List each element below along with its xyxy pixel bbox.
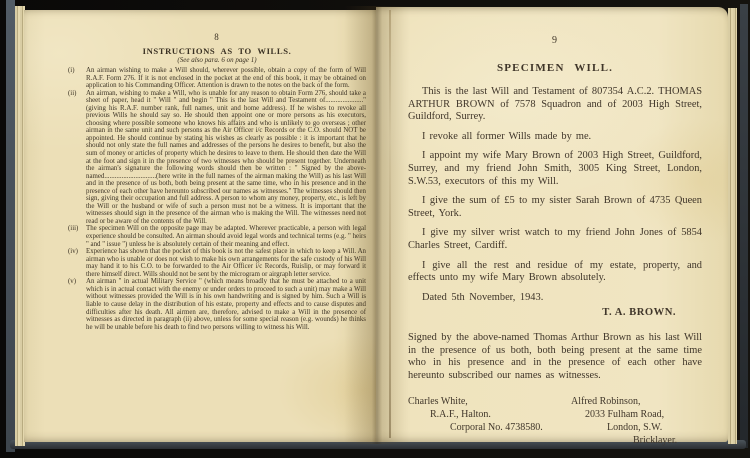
page-edges-right <box>728 8 737 444</box>
book-cover-right-edge <box>740 4 748 448</box>
will-paragraph-residue: I give all the rest and residue of my es… <box>408 260 702 285</box>
will-paragraph-testament: This is the last Will and Testament of 8… <box>408 86 702 124</box>
witness-address: London, S.W. <box>555 421 702 434</box>
item-number: (i) <box>68 67 75 75</box>
item-number: (iii) <box>68 225 78 233</box>
instruction-item-v: (v) An airman " in actual Military Servi… <box>68 278 366 331</box>
left-page: 8 INSTRUCTIONS AS TO WILLS. (See also pa… <box>24 10 376 442</box>
book-photo: 8 INSTRUCTIONS AS TO WILLS. (See also pa… <box>0 0 750 458</box>
item-number: (iv) <box>68 248 78 256</box>
left-page-subtitle: (See also para. 6 on page 1) <box>68 56 366 64</box>
right-page: 9 SPECIMEN WILL. This is the last Will a… <box>376 7 728 442</box>
right-page-title: SPECIMEN WILL. <box>408 62 702 74</box>
item-text: An airman, wishing to make a Will, who i… <box>86 90 366 225</box>
left-page-number: 8 <box>68 32 366 42</box>
item-text: The specimen Will on the opposite page m… <box>86 225 366 247</box>
witness-address: 2033 Fulham Road, <box>555 408 702 421</box>
item-text: An airman " in actual Military Service "… <box>86 278 366 330</box>
witness-name: Alfred Robinson, <box>555 395 702 408</box>
will-paragraph-sum: I give the sum of £5 to my sister Sarah … <box>408 195 702 220</box>
item-text: An airman wishing to make a Will should,… <box>86 67 366 89</box>
witness-occupation: Corporal No. 4738580. <box>408 421 555 434</box>
book-cover-left-edge <box>6 0 15 452</box>
item-number: (ii) <box>68 90 76 98</box>
witness-right-column: Alfred Robinson, 2033 Fulham Road, Londo… <box>555 395 702 447</box>
item-number: (v) <box>68 278 76 286</box>
left-page-title: INSTRUCTIONS AS TO WILLS. <box>68 46 366 56</box>
will-paragraph-watch: I give my silver wrist watch to my frien… <box>408 227 702 252</box>
witness-block: Charles White, R.A.F., Halton. Corporal … <box>408 395 702 447</box>
item-text: Experience has shown that the pocket of … <box>86 248 366 278</box>
witness-occupation: Bricklayer. <box>555 434 702 447</box>
instruction-item-iv: (iv) Experience has shown that the pocke… <box>68 248 366 278</box>
witness-left-column: Charles White, R.A.F., Halton. Corporal … <box>408 395 555 447</box>
witness-address: R.A.F., Halton. <box>408 408 555 421</box>
right-page-number: 9 <box>408 35 702 46</box>
instruction-item-i: (i) An airman wishing to make a Will sho… <box>68 67 366 90</box>
will-signature: T. A. BROWN. <box>408 307 702 318</box>
witness-name: Charles White, <box>408 395 555 408</box>
instruction-item-iii: (iii) The specimen Will on the opposite … <box>68 225 366 248</box>
will-paragraph-executors: I appoint my wife Mary Brown of 2003 Hig… <box>408 150 702 188</box>
will-dated-line: Dated 5th November, 1943. <box>408 292 702 303</box>
attestation-clause: Signed by the above-named Thomas Arthur … <box>408 332 702 383</box>
instruction-item-ii: (ii) An airman, wishing to make a Will, … <box>68 90 366 226</box>
will-paragraph-revoke: I revoke all former Wills made by me. <box>408 131 702 144</box>
